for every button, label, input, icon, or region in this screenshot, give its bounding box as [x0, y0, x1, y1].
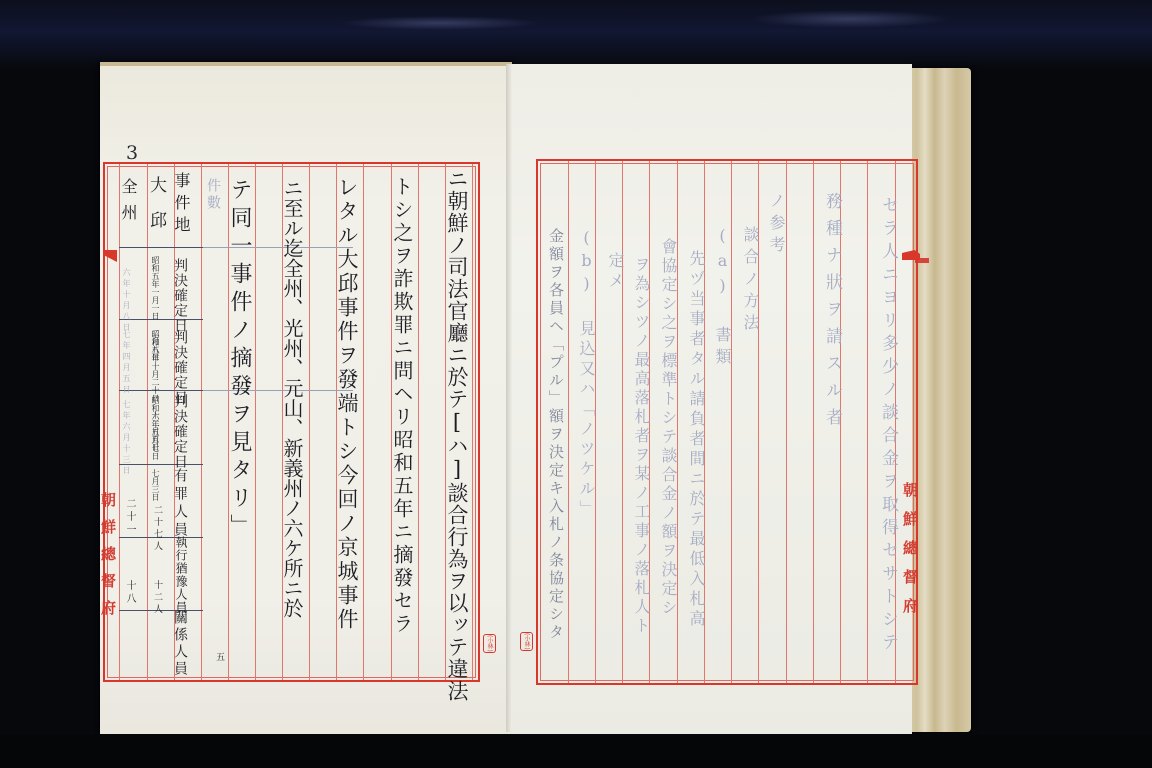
- dark-backdrop-bottom: [0, 735, 1152, 768]
- faint-date-1: 六年十月八日: [122, 268, 130, 334]
- right-text-column-4: 談合ノ方法: [742, 226, 758, 336]
- table-date-row3: 昭和六年五月七日 七月三日: [151, 396, 159, 456]
- left-text-column-1: ニ朝鮮ノ司法官廳ニ於テ[ハ]談合行為ヲ以ッテ違法: [446, 168, 467, 702]
- table-header-place: 事件地: [173, 172, 189, 238]
- table-figure-related: 五: [214, 652, 223, 664]
- right-text-column-3: ノ参考: [768, 192, 784, 258]
- dark-backdrop-top: [0, 0, 1152, 70]
- table-figure-suspended: 十二人: [152, 580, 161, 616]
- right-text-column-11: 金額ヲ各員ヘ「プル」額ヲ決定キ入札ノ条協定シタ: [548, 228, 563, 642]
- faint-figure-2: 十八: [124, 580, 134, 606]
- table-header-related: 關係人員: [173, 610, 187, 678]
- left-text-column-3: レタル大邱事件ヲ發端トシ今回ノ京城事件: [336, 176, 357, 632]
- table-header-guilty: 有罪人員: [173, 468, 187, 540]
- right-margin-stamp: 朝鮮總督府: [902, 482, 917, 627]
- table-place-daegu: 大邱: [147, 176, 164, 246]
- table-date-row1: 昭和五年一月一日 二月八日: [151, 256, 159, 316]
- right-text-column-2: 務種ナ狀ヲ請スル者: [823, 192, 840, 435]
- faint-date-3: 七年六月十三日: [122, 400, 130, 477]
- right-text-column-8: ヲ為シツノ最高落札者ヲ某ノ工事ノ落札人ト: [633, 256, 649, 636]
- right-text-column-9: 定メ: [607, 252, 623, 292]
- table-place-jeonju-text: 全州: [120, 178, 136, 230]
- left-text-column-4: ニ至ル迄全州、光州、元山、新義州ノ六ケ所ニ於: [282, 178, 302, 618]
- table-header-date-3: 判決確定日: [173, 394, 187, 469]
- table-figure-guilty: 二十七人: [152, 505, 161, 553]
- left-footer-stamp: (小林): [483, 634, 496, 653]
- left-text-column-5: テ同一事件ノ摘發ヲ見タリ」: [228, 178, 250, 542]
- right-text-column-10: (b) 見込又ハ「ノツケル」: [578, 228, 594, 520]
- right-text-column-7: 會協定シ之ヲ標準トシテ談合金ノ額ヲ決定シ: [660, 238, 676, 618]
- left-margin-stamp: 朝鮮總督府: [100, 492, 115, 627]
- table-date-row2: 昭和五年十月二十日 十二月五日: [151, 330, 159, 390]
- faint-date-2: 七年四月五日: [122, 330, 130, 396]
- right-footer-stamp: (小林): [520, 632, 533, 651]
- backdrop-reflection: [750, 10, 950, 28]
- page-number: 3: [126, 142, 138, 164]
- left-text-column-2: トシ之ヲ詐欺罪ニ問ヘリ昭和五年ニ摘發セラ: [392, 176, 412, 636]
- right-text-column-5: (a) 書類: [714, 226, 730, 370]
- left-annotation-count: 件數: [206, 178, 220, 212]
- right-text-column-6: 先ヅ当事者タル請負者間ニ於テ最低入札高: [688, 250, 704, 630]
- right-text-column-1: セラ人ニヨリ多少ノ談合金ヲ取得セサトシテ: [879, 196, 896, 656]
- faint-figure-1: 二十一: [124, 498, 134, 537]
- table-header-suspended: 執行猶豫人員: [175, 536, 187, 614]
- table-header-date-1: 判決確定日: [173, 258, 187, 333]
